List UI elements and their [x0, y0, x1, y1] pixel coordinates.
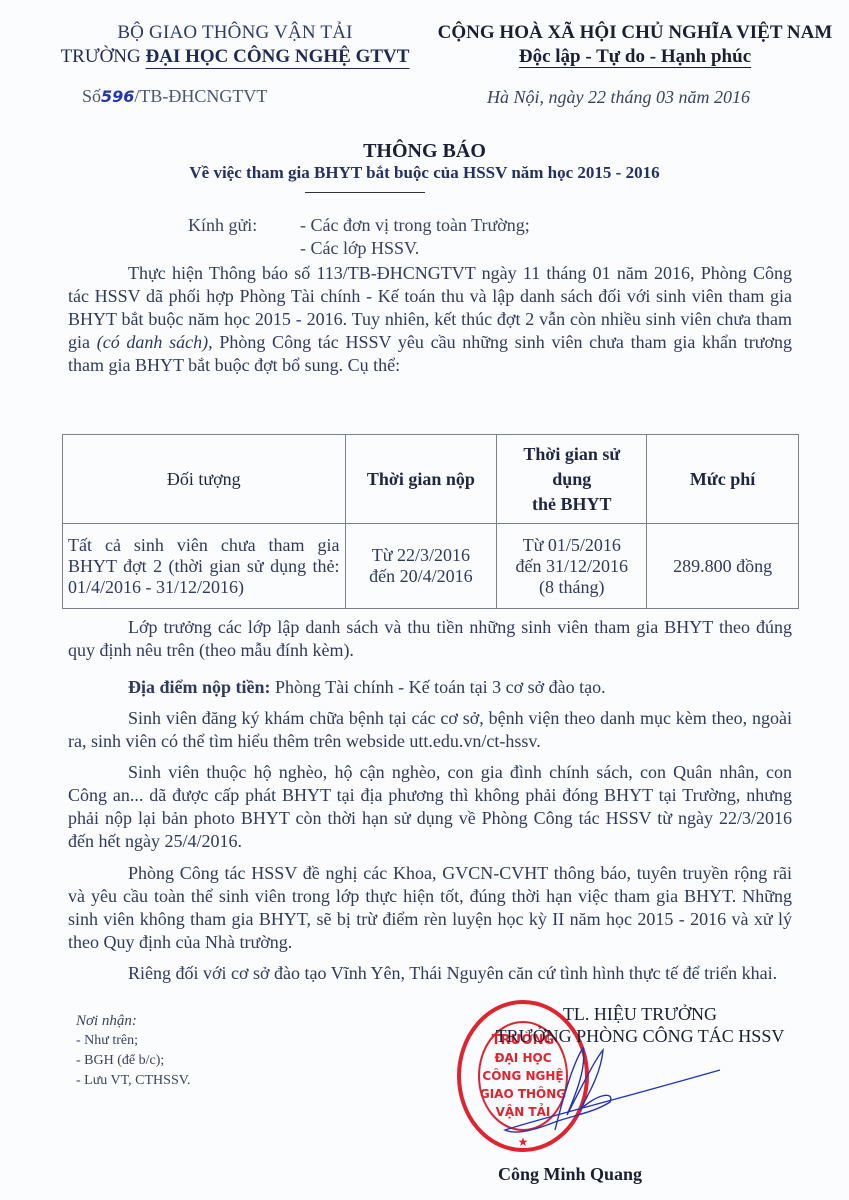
header-thoi-gian-nop: Thời gian nộp [345, 435, 497, 524]
document-number: Số596/TB-ĐHCNGTVT [82, 86, 267, 107]
header-doi-tuong: Đối tượng [63, 435, 346, 524]
document-title: THÔNG BÁO [0, 140, 849, 163]
signer-name: Công Minh Quang [470, 1164, 670, 1185]
school-name: TRƯỜNG ĐẠI HỌC CÔNG NGHỆ GTVT [0, 46, 470, 68]
recipients-title: Nơi nhận: [76, 1013, 137, 1030]
header-line: Thời gian sử [502, 442, 641, 467]
recipient-footer-item: - Như trên; [76, 1033, 138, 1049]
subtitle-underline [305, 192, 425, 193]
national-motto: Độc lập - Tự do - Hạnh phúc [420, 46, 849, 68]
paragraph-request: Phòng Công tác HSSV đề nghị các Khoa, GV… [68, 862, 792, 954]
table-row: Tất cả sinh viên chưa tham gia BHYT đợt … [63, 524, 799, 609]
doc-number-handwritten: 596 [101, 87, 134, 106]
doc-number-suffix: /TB-ĐHCNGTVT [134, 86, 267, 106]
nation-title: CỘNG HOÀ XÃ HỘI CHỦ NGHĨA VIỆT NAM [420, 22, 849, 44]
recipient-footer-item: - Lưu VT, CTHSSV. [76, 1073, 191, 1089]
header-line: thẻ BHYT [502, 492, 641, 517]
ministry-name: BỘ GIAO THÔNG VẬN TẢI [0, 22, 470, 44]
header-muc-phi: Mức phí [647, 435, 799, 524]
intro-paragraph: Thực hiện Thông báo số 113/TB-ĐHCNGTVT n… [68, 262, 792, 377]
recipient-item: - Các lớp HSSV. [300, 238, 419, 259]
issuing-authority: BỘ GIAO THÔNG VẬN TẢI TRƯỜNG ĐẠI HỌC CÔN… [0, 22, 470, 68]
p4-text: Sinh viên thuộc hộ nghèo, hộ cận nghèo, … [68, 762, 792, 851]
cell-thoi-gian-su-dung: Từ 01/5/2016đến 31/12/2016(8 tháng) [497, 524, 647, 609]
cell-line: (8 tháng) [502, 577, 641, 598]
cell-line: đến 20/4/2016 [351, 566, 492, 587]
national-header: CỘNG HOÀ XÃ HỘI CHỦ NGHĨA VIỆT NAM Độc l… [420, 22, 849, 68]
p2-text: Phòng Tài chính - Kế toán tại 3 cơ sở đà… [271, 677, 606, 697]
cell-doi-tuong: Tất cả sinh viên chưa tham gia BHYT đợt … [63, 524, 346, 609]
p6-text: Riêng đối với cơ sở đào tạo Vĩnh Yên, Th… [128, 963, 777, 983]
p2-label: Địa điểm nộp tiền: [128, 677, 271, 697]
p1-text: Lớp trưởng các lớp lập danh sách và thu … [68, 617, 792, 660]
greeting-label: Kính gửi: [188, 215, 257, 236]
cell-thoi-gian-nop: Từ 22/3/2016đến 20/4/2016 [345, 524, 497, 609]
cell-line: Từ 22/3/2016 [351, 545, 492, 566]
school-prefix: TRƯỜNG [61, 46, 146, 67]
place-date: Hà Nội, ngày 22 tháng 03 năm 2016 [487, 87, 750, 108]
cell-line: Từ 01/5/2016 [502, 535, 641, 556]
paragraph-campuses: Riêng đối với cơ sở đào tạo Vĩnh Yên, Th… [68, 962, 792, 985]
paragraph-registration: Sinh viên đăng ký khám chữa bệnh tại các… [68, 707, 792, 753]
recipient-item: - Các đơn vị trong toàn Trường; [300, 215, 530, 236]
handwritten-signature-icon [495, 1040, 725, 1140]
paragraph-payment-location: Địa điểm nộp tiền: Phòng Tài chính - Kế … [68, 676, 792, 699]
document-subtitle: Về việc tham gia BHYT bắt buộc của HSSV … [0, 163, 849, 183]
intro-italic: (có danh sách), [97, 332, 213, 352]
p5-text: Phòng Công tác HSSV đề nghị các Khoa, GV… [68, 863, 792, 952]
cell-muc-phi: 289.800 đồng [647, 524, 799, 609]
header-line: dụng [502, 467, 641, 492]
header-thoi-gian-su-dung: Thời gian sửdụngthẻ BHYT [497, 435, 647, 524]
doc-number-prefix: Số [82, 86, 101, 106]
fee-table: Đối tượng Thời gian nộp Thời gian sửdụng… [62, 434, 799, 609]
school-title: ĐẠI HỌC CÔNG NGHỆ GTVT [146, 46, 410, 67]
paragraph-exemption: Sinh viên thuộc hộ nghèo, hộ cận nghèo, … [68, 761, 792, 853]
signature-title-1: TL. HIỆU TRƯỞNG [440, 1004, 840, 1025]
paragraph-class-monitor: Lớp trưởng các lớp lập danh sách và thu … [68, 616, 792, 662]
p3-text: Sinh viên đăng ký khám chữa bệnh tại các… [68, 708, 792, 751]
cell-line: đến 31/12/2016 [502, 556, 641, 577]
table-header-row: Đối tượng Thời gian nộp Thời gian sửdụng… [63, 435, 799, 524]
recipient-footer-item: - BGH (để b/c); [76, 1053, 164, 1069]
